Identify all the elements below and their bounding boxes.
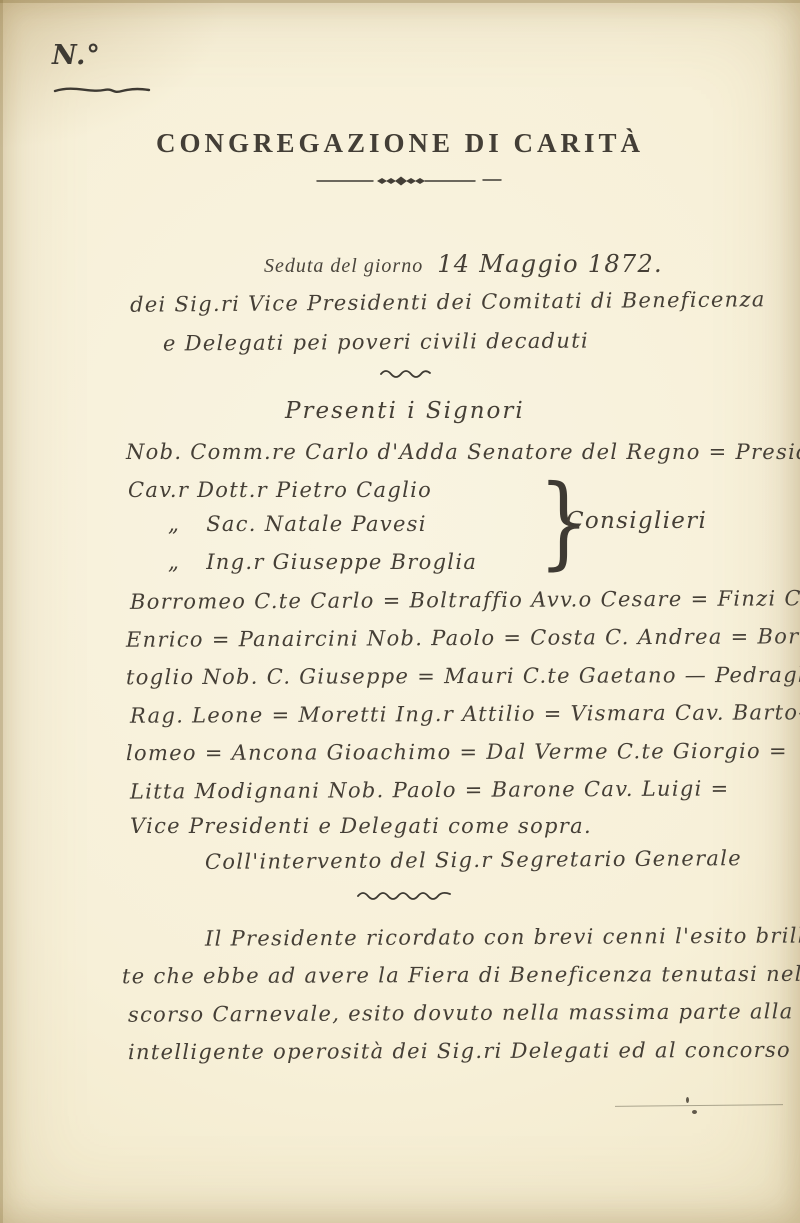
session-handwritten-date: 14 Maggio 1872. [437,250,663,278]
ink-mark [692,1110,697,1114]
councillor-row: Cav.r Dott.r Pietro Caglio [128,478,432,502]
faint-stray-line [615,1104,783,1107]
flourish-underline-icon [52,82,152,98]
scanned-document-page: N.° CONGREGAZIONE DI CARITÀ Seduta del g… [0,0,800,1223]
wavy-flourish-icon [355,888,455,904]
wavy-flourish-icon [378,366,434,380]
councillor-name: Sac. Natale Pavesi [206,512,427,536]
attendee-line: Borromeo C.te Carlo = Boltraffio Avv.o C… [130,586,800,614]
councillors-role-label: Consiglieri [566,508,707,534]
title-divider-ornament-icon [315,174,505,188]
ditto-mark: „ [168,550,180,574]
councillor-name: Ing.r Giuseppe Broglia [206,550,477,574]
attendee-line: toglio Nob. C. Giuseppe = Mauri C.te Gae… [126,663,800,689]
body-line: te che ebbe ad avere la Fiera di Benefic… [122,962,800,988]
ditto-mark: „ [168,512,180,536]
session-date-line: Seduta del giorno 14 Maggio 1872. [264,250,663,278]
protocol-number-label: N.° [52,40,101,71]
ink-mark [686,1097,689,1103]
body-line: intelligente operosità dei Sig.ri Delega… [128,1038,791,1064]
attendee-line: Enrico = Panaircini Nob. Paolo = Costa C… [126,624,800,652]
attendee-line: Rag. Leone = Moretti Ing.r Attilio = Vis… [130,700,800,728]
paper-left-edge [0,0,3,1223]
body-line: Il Presidente ricordato con brevi cenni … [205,923,800,950]
attendee-line: Litta Modignani Nob. Paolo = Barone Cav.… [130,776,730,803]
attendee-line: lomeo = Ancona Gioachimo = Dal Verme C.t… [126,739,788,765]
intro-line: e Delegati pei poveri civili decaduti [163,329,589,356]
attendance-heading: Presenti i Signori [285,398,525,424]
document-title: CONGREGAZIONE DI CARITÀ [0,128,800,159]
paper-top-edge [0,0,800,3]
attendee-line: Vice Presidenti e Delegati come sopra. [130,814,592,838]
intro-line: dei Sig.ri Vice Presidenti dei Comitati … [130,287,766,317]
secretary-line: Coll'intervento del Sig.r Segretario Gen… [205,846,742,874]
body-line: scorso Carnevale, esito dovuto nella mas… [128,999,794,1026]
councillor-row: „Ing.r Giuseppe Broglia [168,550,477,574]
councillor-row: „Sac. Natale Pavesi [168,512,427,536]
session-printed-prefix: Seduta del giorno [264,255,423,277]
councillor-name: Cav.r Dott.r Pietro Caglio [128,478,432,502]
president-line: Nob. Comm.re Carlo d'Adda Senatore del R… [126,440,800,464]
